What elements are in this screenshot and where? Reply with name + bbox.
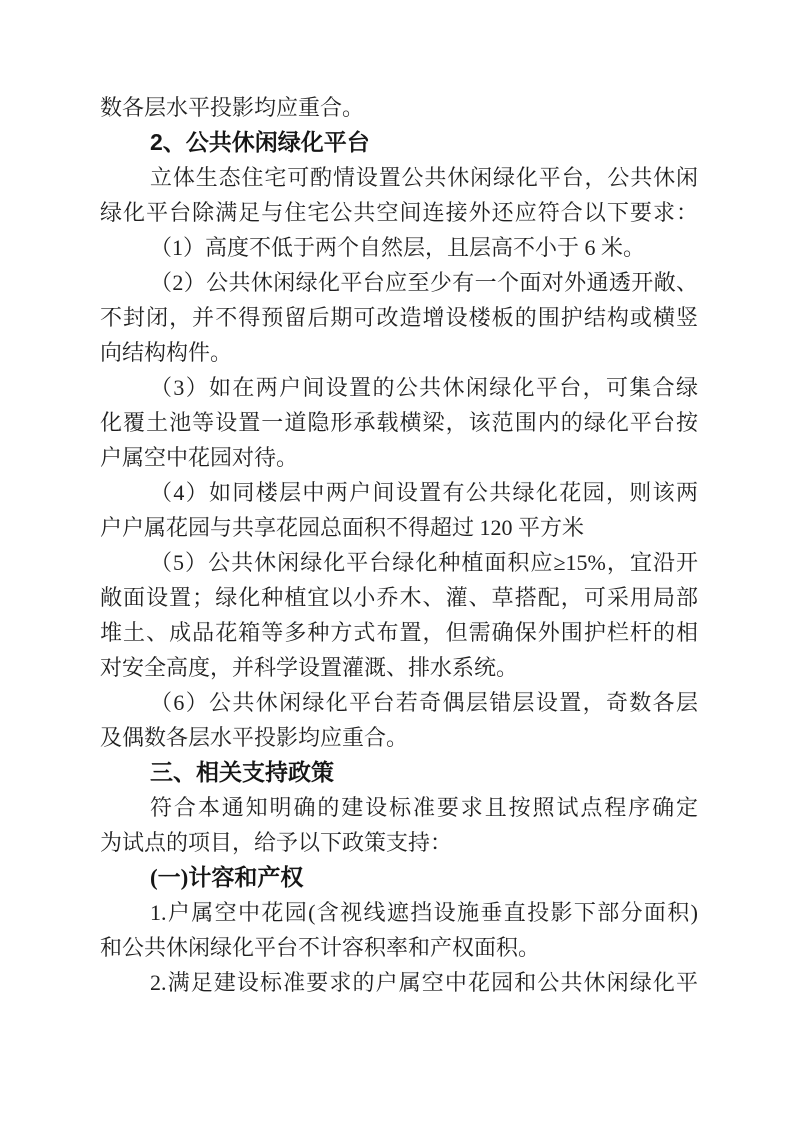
body-text-line: 立体生态住宅可酌情设置公共休闲绿化平台，公共休闲	[100, 160, 698, 195]
body-text-line: 不封闭，并不得预留后期可改造增设楼板的围护结构或横竖	[100, 300, 698, 335]
body-text-line: 符合本通知明确的建设标准要求且按照试点程序确定	[100, 790, 698, 825]
body-text-line: 化覆土池等设置一道隐形承载横梁，该范围内的绿化平台按	[100, 405, 698, 440]
body-text-line: 及偶数各层水平投影均应重合。	[100, 720, 698, 755]
body-text-line: 绿化平台除满足与住宅公共空间连接外还应符合以下要求：	[100, 195, 698, 230]
body-text-line: 数各层水平投影均应重合。	[100, 90, 698, 125]
body-text-line: （3）如在两户间设置的公共休闲绿化平台，可集合绿	[100, 370, 698, 405]
body-text-line: 为试点的项目，给予以下政策支持：	[100, 825, 698, 860]
body-text-line: 堆土、成品花箱等多种方式布置，但需确保外围护栏杆的相	[100, 615, 698, 650]
body-text-line: 户属空中花园对待。	[100, 440, 698, 475]
section-heading: 2、公共休闲绿化平台	[100, 125, 698, 160]
body-text-line: （4）如同楼层中两户间设置有公共绿化花园，则该两	[100, 475, 698, 510]
body-text-line: 2.满足建设标准要求的户属空中花园和公共休闲绿化平	[100, 965, 698, 1000]
body-text-line: 向结构构件。	[100, 335, 698, 370]
body-text-line: （6）公共休闲绿化平台若奇偶层错层设置，奇数各层	[100, 685, 698, 720]
body-text-line: 敞面设置；绿化种植宜以小乔木、灌、草搭配，可采用局部	[100, 580, 698, 615]
body-text-line: 对安全高度，并科学设置灌溉、排水系统。	[100, 650, 698, 685]
body-text-line: （1）高度不低于两个自然层，且层高不小于 6 米。	[100, 230, 698, 265]
document-content: 数各层水平投影均应重合。2、公共休闲绿化平台立体生态住宅可酌情设置公共休闲绿化平…	[100, 90, 698, 1000]
document-page: 数各层水平投影均应重合。2、公共休闲绿化平台立体生态住宅可酌情设置公共休闲绿化平…	[0, 0, 793, 1122]
section-heading: 三、相关支持政策	[100, 755, 698, 790]
body-text-line: 户户属花园与共享花园总面积不得超过 120 平方米	[100, 510, 698, 545]
body-text-line: 1.户属空中花园(含视线遮挡设施垂直投影下部分面积)	[100, 895, 698, 930]
body-text-line: （5）公共休闲绿化平台绿化种植面积应≥15%，宜沿开	[100, 545, 698, 580]
body-text-line: 和公共休闲绿化平台不计容积率和产权面积。	[100, 930, 698, 965]
subsection-heading: (一)计容和产权	[100, 860, 698, 895]
body-text-line: （2）公共休闲绿化平台应至少有一个面对外通透开敞、	[100, 265, 698, 300]
